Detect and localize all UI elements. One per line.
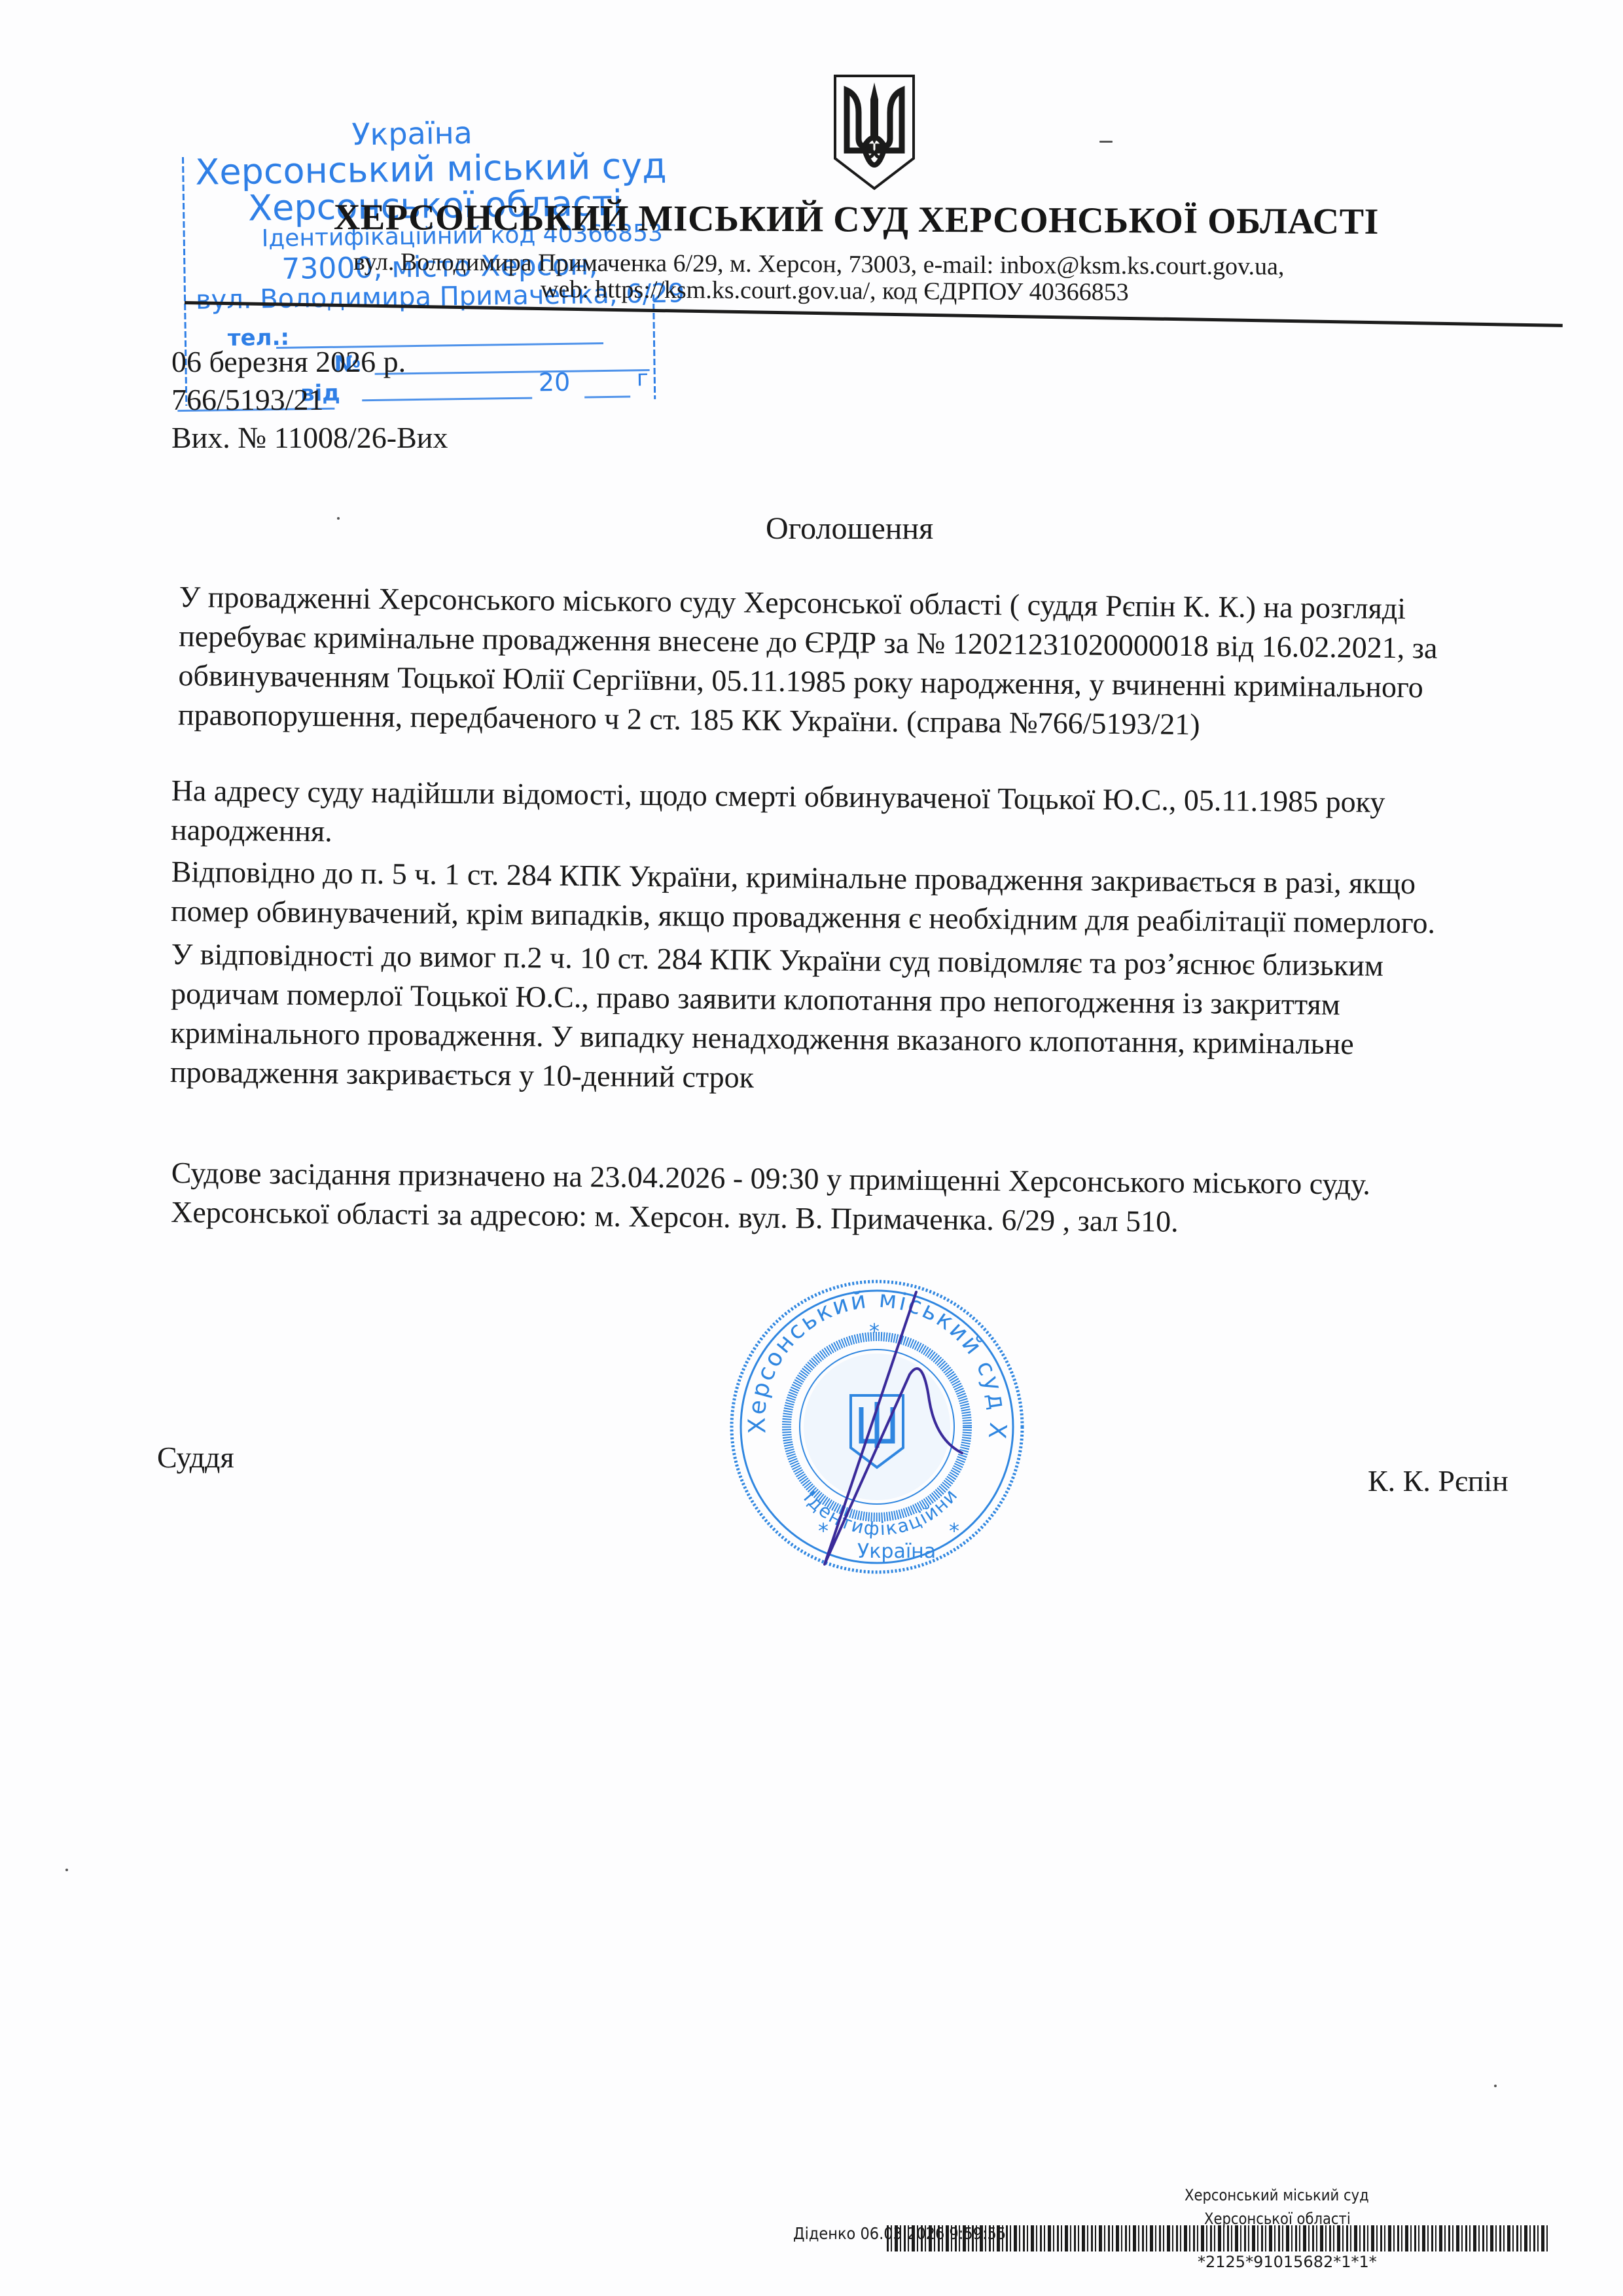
court-web: web: https://ksm.ks.court.gov.ua/, код Є… — [541, 275, 1129, 307]
paragraph-relatives-rights: У відповідності до вимог п.2 ч. 10 ст. 2… — [170, 935, 1546, 1105]
paragraph-legal-basis: Відповідно до п. 5 ч. 1 ст. 284 КПК Укра… — [171, 852, 1546, 944]
scan-speck — [265, 959, 268, 961]
stamp-number-underline — [375, 369, 650, 375]
barcode — [887, 2225, 1548, 2251]
document-date: 06 березня 2026 р. — [171, 344, 406, 379]
paragraph-hearing: Судове засідання призначено на 23.04.202… — [171, 1153, 1546, 1245]
stamp-year-prefix: 20 — [539, 368, 571, 397]
coat-of-arms-icon — [832, 73, 916, 191]
scan-speck — [1099, 141, 1113, 143]
footer-court-line1: Херсонський міський суд — [1185, 2186, 1369, 2204]
paragraph-death-notice: На адресу суду надійшли відомості, щодо … — [171, 771, 1546, 863]
stamp-country: Україна — [351, 115, 473, 152]
outgoing-number: Вих. № 11008/26-Вих — [171, 420, 448, 455]
scan-speck — [65, 1869, 68, 1871]
judge-name: К. К. Рєпін — [1368, 1463, 1508, 1498]
paragraph-proceedings: У провадженні Херсонського міського суду… — [170, 577, 1546, 747]
barcode-text: *2125*91015682*1*1* — [1198, 2253, 1377, 2271]
document-title: Оголошення — [766, 511, 933, 547]
court-title: ХЕРСОНСЬКИЙ МІСЬКИЙ СУД ХЕРСОНСЬКОЇ ОБЛА… — [334, 196, 1379, 243]
case-number: 766/5193/21 — [171, 382, 324, 417]
stamp-date-underline — [362, 397, 532, 402]
scan-speck — [1494, 2085, 1497, 2087]
judge-signature — [811, 1289, 982, 1571]
scan-speck — [337, 517, 340, 520]
signature-role: Суддя — [157, 1440, 234, 1475]
stamp-year-suffix: г — [637, 365, 649, 391]
stamp-year-underline — [584, 395, 630, 398]
